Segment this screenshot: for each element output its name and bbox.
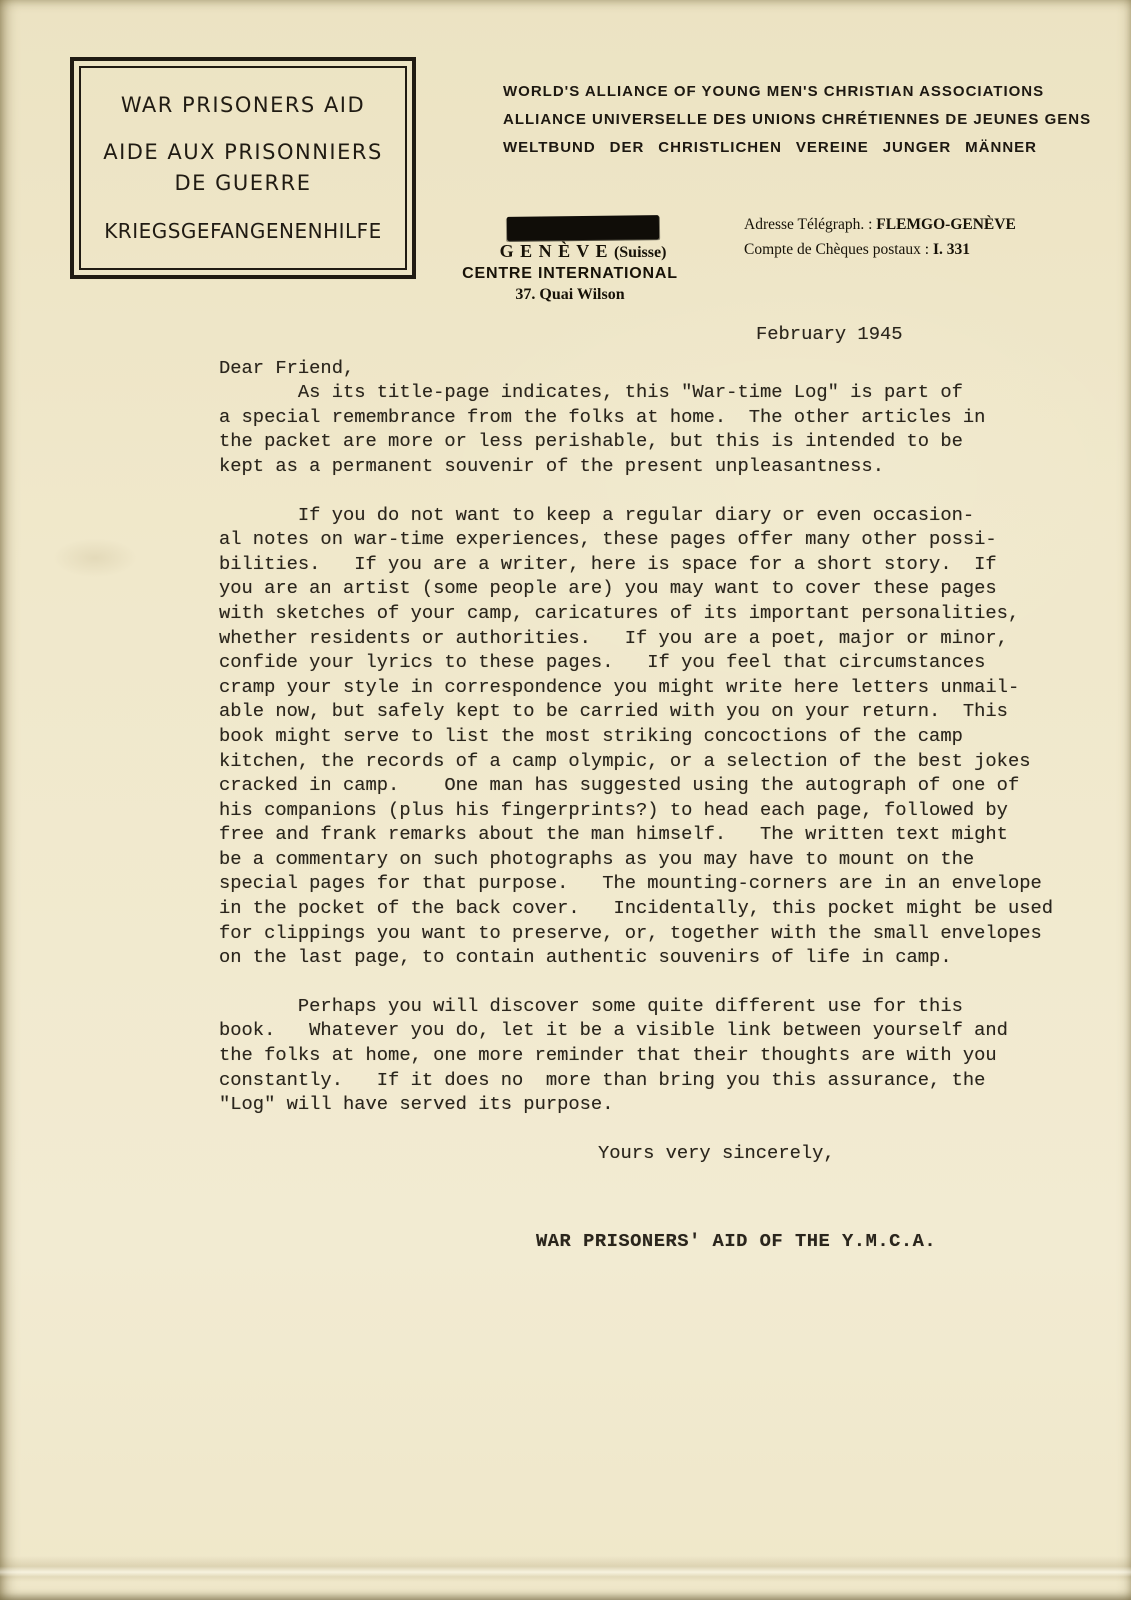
box-title-german: KRIEGSGEFANGENENHILFE [104,219,382,243]
signature-line: WAR PRISONERS' AID OF THE Y.M.C.A. [536,1229,1131,1254]
address-city: G E N È V E (Suisse) [478,241,688,262]
date-line: February 1945 [756,322,1131,347]
salutation: Dear Friend, [219,356,1131,381]
letter-body: February 1945 Dear Friend, As its title-… [0,318,1131,1254]
telegraph-value: FLEMGO-GENÈVE [876,216,1016,233]
box-title-french-line1: AIDE AUX PRISONNIERS [103,140,383,164]
org-name-english: WORLD'S ALLIANCE OF YOUNG MEN'S CHRISTIA… [503,83,1037,100]
org-name-german: WELTBUND DER CHRISTLICHEN VEREINE JUNGER… [503,139,1037,156]
address-block: G E N È V E (Suisse) CENTRE INTERNATIONA… [452,241,688,304]
telegraph-label: Adresse Télégraph. : [744,216,876,233]
organization-names: WORLD'S ALLIANCE OF YOUNG MEN'S CHRISTIA… [503,83,1037,167]
address-city-name: G E N È V E [500,241,614,261]
org-name-french: ALLIANCE UNIVERSELLE DES UNIONS CHRÉTIEN… [503,111,1037,128]
address-city-suffix: (Suisse) [614,244,666,261]
address-centre: CENTRE INTERNATIONAL [452,265,688,283]
closing-line: Yours very sincerely, [598,1141,1131,1166]
paper-crease [0,1556,1131,1582]
scanned-letter-page: WAR PRISONERS AID AIDE AUX PRISONNIERS D… [0,0,1131,1600]
postal-account-line: Compte de Chèques postaux : I. 331 [744,237,1016,262]
contact-block: Adresse Télégraph. : FLEMGO-GENÈVE Compt… [744,212,1016,262]
box-title-french-line2: DE GUERRE [175,171,312,195]
address-street: 37. Quai Wilson [452,286,688,304]
war-prisoners-aid-box-inner: WAR PRISONERS AID AIDE AUX PRISONNIERS D… [79,66,407,270]
postal-account-value: I. 331 [933,241,970,258]
paragraph-2: If you do not want to keep a regular dia… [219,503,1131,970]
telegraph-line: Adresse Télégraph. : FLEMGO-GENÈVE [744,212,1016,237]
war-prisoners-aid-box: WAR PRISONERS AID AIDE AUX PRISONNIERS D… [70,57,416,279]
paragraph-3: Perhaps you will discover some quite dif… [219,994,1131,1117]
redacted-stamp [507,215,659,241]
paragraph-1: As its title-page indicates, this "War-t… [219,380,1131,478]
postal-account-label: Compte de Chèques postaux : [744,241,933,258]
box-title-english: WAR PRISONERS AID [121,93,365,117]
